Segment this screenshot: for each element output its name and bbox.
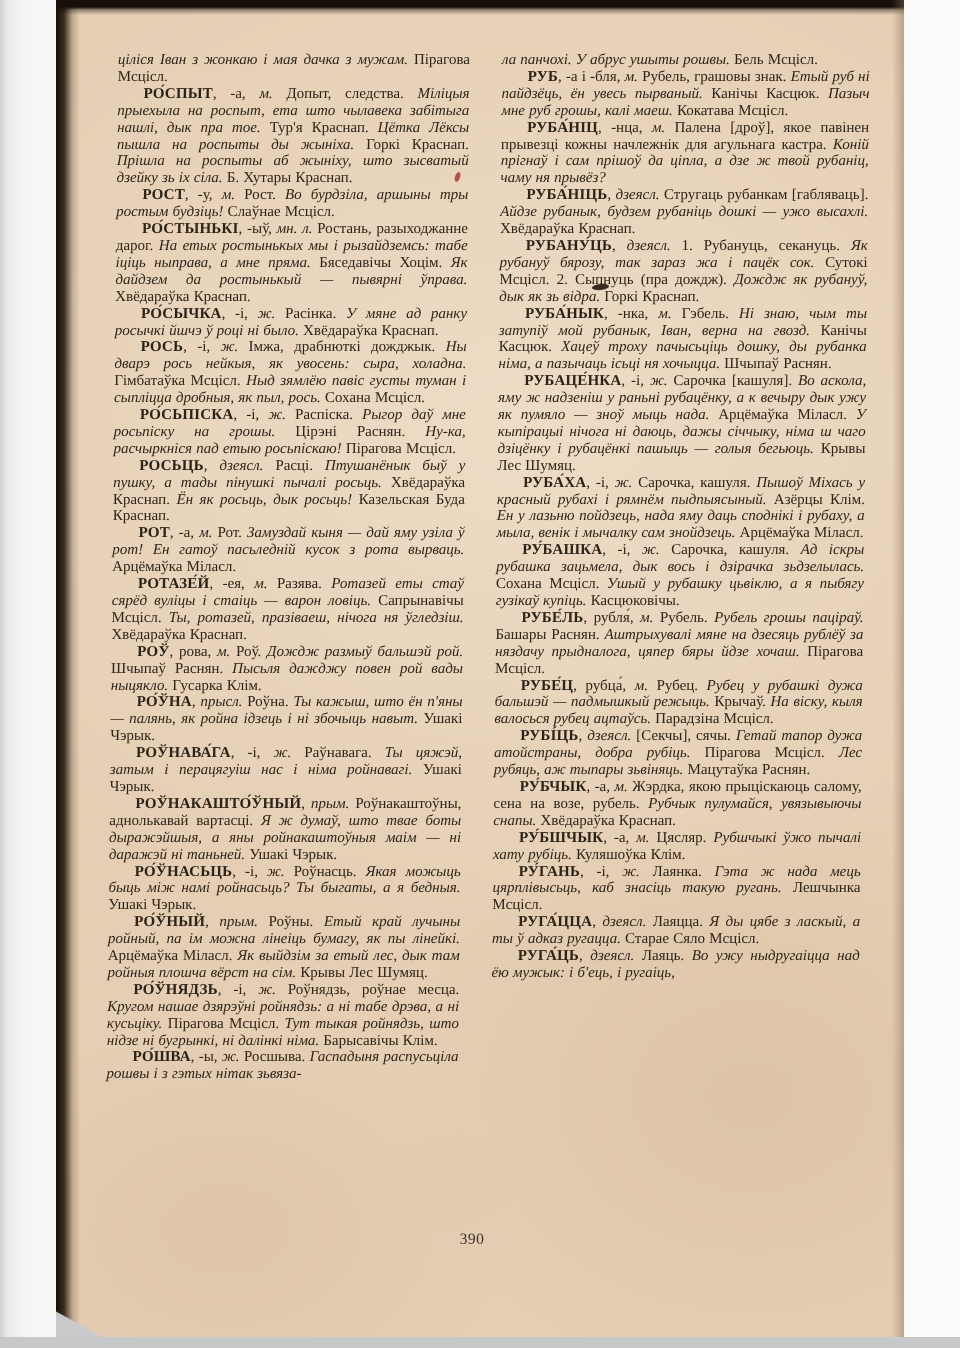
definition-text: , -і,: [222, 306, 258, 322]
dictionary-entry: ціліся Іван з жонкаю і мая дачка з мужам…: [118, 52, 470, 86]
definition-text: Рубель, грашовы знак.: [638, 69, 791, 85]
grammar-label: дзеясл.: [627, 238, 671, 254]
example-text: Айдзе рубанык, будзем рубаніць дошкі — у…: [500, 204, 868, 220]
headword: РУБЕ́ЛЬ: [521, 610, 583, 626]
dictionary-entry: РОСТ, -у, м. Рост. Во бурдзіла, аршыны т…: [116, 187, 468, 221]
definition-text: , -і,: [602, 542, 642, 558]
scanned-book-page: ціліся Іван з жонкаю і мая дачка з мужам…: [56, 0, 904, 1337]
definition-text: ,: [592, 914, 602, 930]
definition-text: Хвёдараўка Краснап.: [115, 289, 251, 305]
definition-text: Б. Хутары Краснап.: [227, 170, 353, 186]
definition-text: Барысавічы Клім.: [323, 1033, 437, 1049]
grammar-label: ж.: [268, 407, 286, 423]
definition-text: , -і,: [218, 982, 259, 998]
definition-text: Расінка.: [275, 306, 346, 322]
dictionary-entry: РУБАНУ́ЦЬ, дзеясл. 1. Рубануць, секануць…: [499, 238, 868, 306]
dictionary-entry: РО́ЎНАСЬЦЬ, -і, ж. Роўнасць. Якая можыць…: [108, 864, 461, 915]
definition-text: , -і,: [233, 407, 268, 423]
dictionary-entry: РУ́ГАНЬ, -і, ж. Лаянка. Гэта ж нада мець…: [492, 864, 861, 915]
definition-text: , -ыў,: [238, 221, 276, 237]
grammar-label: ж.: [615, 475, 633, 491]
dictionary-entry: РО́ЎНЫЙ, прым. Роўны. Етый край лучыны р…: [107, 914, 460, 982]
definition-text: Рот.: [212, 525, 247, 541]
dictionary-entry: РУБЕ́Ц, рубца́, м. Рубец. Рубец у рубашк…: [494, 678, 863, 729]
dictionary-entry: РО́СПЫТ, -а, м. Допыт, следства. Міліцыя…: [116, 86, 469, 187]
definition-text: , -нка,: [604, 306, 658, 322]
definition-text: , -нца,: [598, 120, 652, 136]
definition-text: , -ы,: [191, 1049, 222, 1065]
definition-text: , -а,: [213, 86, 260, 102]
definition-text: , -і,: [183, 339, 221, 355]
headword: РУБАЦЕ́НКА: [524, 373, 621, 389]
example-text: Дождж размыў бальшэй рой.: [267, 644, 463, 660]
grammar-label: м.: [636, 830, 650, 846]
definition-text: , -у,: [185, 187, 222, 203]
dictionary-entry: РУБА́НЫК, -нка, м. Гэбель. Ні знаю, чым …: [498, 306, 867, 374]
headword: РУБА́ХА: [523, 475, 586, 491]
example-text: Ён як росьць, дык росьць!: [176, 492, 358, 508]
definition-text: , -а,: [586, 779, 614, 795]
definition-text: Горкі Краснап.: [604, 289, 699, 305]
dictionary-entry: РУБ, -а і -бля, м. Рубель, грашовы знак.…: [501, 69, 870, 120]
example-text: ла панчохі. У абрус ушыты рошвы.: [502, 52, 734, 68]
scanner-background-right: [904, 0, 960, 1348]
definition-text: , -а,: [170, 525, 199, 541]
definition-text: ,: [578, 728, 587, 744]
headword: РОСТ: [142, 187, 185, 203]
dictionary-entry: РОЎ, рова, м. Роў. Дождж размыў бальшэй …: [111, 644, 464, 695]
definition-text: Роўна.: [242, 694, 293, 710]
scanner-background-bottom: [0, 1337, 960, 1348]
dictionary-entry: РОСЬ, -і, ж. Імжа, драбнюткі дожджык. Ны…: [114, 339, 467, 407]
definition-text: Бель Мсцісл.: [734, 52, 818, 68]
definition-text: , -а,: [603, 830, 636, 846]
headword: РУБАНУ́ЦЬ: [526, 238, 612, 254]
definition-text: Арцёмаўка Міласл.: [718, 407, 856, 423]
definition-text: Роўнядзь, роўнае месца.: [276, 982, 460, 998]
definition-text: Куляшоўка Клім.: [576, 847, 686, 863]
headword: РО́СЫЧКА: [141, 306, 222, 322]
grammar-label: м.: [199, 525, 213, 541]
headword: РУБІ́ЦЬ: [520, 728, 579, 744]
definition-text: ,: [612, 238, 627, 254]
dictionary-entry: РОСЬЦЬ, дзеясл. Расці. Птушанёнык быў у …: [113, 458, 466, 526]
definition-text: ,: [205, 914, 220, 930]
definition-text: Башары Раснян.: [495, 627, 604, 643]
grammar-label: ж.: [622, 864, 640, 880]
definition-text: Допыт, следства.: [273, 86, 418, 102]
grammar-label: м.: [625, 69, 639, 85]
definition-text: Азёрцы Клім.: [774, 492, 865, 508]
dictionary-entry: РУБІ́ЦЬ, дзеясл. [Секчы], сячы. Гетай та…: [494, 728, 863, 779]
definition-text: Пірагова Мсцісл.: [168, 1016, 285, 1032]
grammar-label: прым.: [311, 796, 350, 812]
definition-text: Арцёмаўка Міласл.: [108, 948, 238, 964]
dictionary-entry: РО́ШВА, -ы, ж. Росшыва. Гаспадыня распус…: [106, 1049, 458, 1083]
grammar-label: ж.: [267, 864, 285, 880]
dictionary-entry: РО́СЫЧКА, -і, ж. Расінка. У мяне ад ранк…: [115, 306, 467, 340]
definition-text: Сохана Мсцісл.: [496, 576, 607, 592]
grammar-label: м.: [222, 187, 236, 203]
definition-text: Мацутаўка Раснян.: [687, 762, 810, 778]
right-column: ла панчохі. У абрус ушыты рошвы. Бель Мс…: [490, 52, 870, 1083]
grammar-label: мн. л.: [277, 221, 313, 237]
dictionary-entry: РОЎНАВА́ГА, -і, ж. Раўнавага. Ты цяжэй, …: [110, 745, 463, 796]
headword: РУ́БШЧЫК: [519, 830, 603, 846]
headword: РУБА́НЫК: [525, 306, 604, 322]
headword: РОТ: [138, 525, 170, 541]
definition-text: Парадзіна Мсцісл.: [655, 711, 774, 727]
definition-text: Роўнасць.: [285, 864, 366, 880]
headword: РУГА́ЦЦА: [518, 914, 592, 930]
headword: РОЎ: [137, 644, 170, 660]
definition-text: Роўны.: [258, 914, 324, 930]
dictionary-entry: РУ́БАШКА, -і, ж. Сарочка, кашуля. Ад іск…: [496, 542, 865, 610]
headword: РОСЬЦЬ: [139, 458, 204, 474]
dictionary-entry: РУ́БЧЫК, -а, м. Жэрдка, якою прыціскаюць…: [493, 779, 862, 830]
definition-text: , -і,: [621, 373, 650, 389]
headword: РО́ЎНЫЙ: [134, 914, 205, 930]
headword: РО́СПЫТ: [143, 86, 213, 102]
grammar-label: ж.: [258, 982, 276, 998]
definition-text: Тур'я Краснап.: [270, 120, 378, 136]
definition-text: Сарочка, кашуля.: [660, 542, 801, 558]
headword: РУГА́ЦЬ: [518, 948, 580, 964]
grammar-label: ж.: [642, 542, 660, 558]
grammar-label: м.: [614, 779, 628, 795]
grammar-label: ж.: [273, 745, 291, 761]
headword: РУ́БАШКА: [522, 542, 602, 558]
definition-text: Хвёдараўка Краснап.: [500, 221, 636, 237]
definition-text: Раўнавага.: [291, 745, 385, 761]
definition-text: Шчыпаў Раснян.: [724, 356, 832, 372]
dictionary-entry: ла панчохі. У абрус ушыты рошвы. Бель Мс…: [502, 52, 870, 69]
definition-text: , -і,: [580, 864, 622, 880]
dictionary-entry: РУГА́ЦЬ, дзеясл. Лаяць. Во ужу ныдругаіц…: [491, 948, 859, 982]
definition-text: 1. Рубануць, секануць.: [671, 238, 851, 254]
headword: РО́ЎНЯДЗЬ: [133, 982, 218, 998]
headword: РО́СЬПІСКА: [140, 407, 234, 423]
headword: РОЎНАВА́ГА: [136, 745, 231, 761]
definition-text: Шчыпаў Раснян.: [111, 661, 232, 677]
definition-text: Арцёмаўка Міласл.: [739, 525, 863, 541]
grammar-label: м.: [658, 306, 672, 322]
definition-text: Лаяцца.: [646, 914, 709, 930]
two-column-text: ціліся Іван з жонкаю і мая дачка з мужам…: [106, 52, 870, 1083]
definition-text: Слаўнае Мсцісл.: [228, 204, 335, 220]
definition-text: Пірагова Мсцісл.: [346, 441, 456, 457]
definition-text: ,: [192, 694, 201, 710]
dictionary-entry: РО́ЎНА, прысл. Роўна. Ты кажыш, што ён п…: [110, 694, 463, 745]
headword: РОСЬ: [141, 339, 184, 355]
grammar-label: дзеясл.: [219, 458, 263, 474]
definition-text: Роў.: [230, 644, 267, 660]
definition-text: Хвёдараўка Краснап.: [111, 627, 247, 643]
example-text: Ты, ротазей, празіваеш, нічога ня ўгледз…: [169, 610, 464, 626]
grammar-label: прысл.: [200, 694, 242, 710]
definition-text: Стругаць рубанкам [габляваць].: [659, 187, 868, 203]
grammar-label: дзеясл.: [587, 728, 631, 744]
headword: РО́СТЫНЬКІ: [142, 221, 239, 237]
definition-text: Гэбель.: [672, 306, 739, 322]
definition-text: ,: [204, 458, 220, 474]
definition-text: Крывы Лес Шумяц.: [300, 965, 428, 981]
definition-text: Хвёдараўка Краснап.: [540, 813, 676, 829]
definition-text: , -і,: [586, 475, 614, 491]
headword: РУ́ГАНЬ: [519, 864, 581, 880]
dictionary-entry: РОТАЗЕ́Й, -ея, м. Разява. Ротазей еты ст…: [111, 576, 464, 644]
definition-text: Росшыва.: [240, 1049, 310, 1065]
page-content: ціліся Іван з жонкаю і мая дачка з мужам…: [106, 52, 870, 1083]
definition-text: Сарочка, кашуля.: [632, 475, 756, 491]
headword: РОЎНАКАШТО́ЎНЫЙ: [135, 796, 301, 812]
definition-text: Ушакі Чэрык.: [249, 847, 337, 863]
grammar-label: м.: [652, 120, 666, 136]
definition-text: Пірагова Мсцісл.: [704, 745, 838, 761]
headword: РУБЕ́Ц: [521, 678, 574, 694]
dictionary-entry: РУ́БШЧЫК, -а, м. Цясляр. Рубшчыкі ўжо пы…: [493, 830, 861, 864]
definition-text: Разява.: [267, 576, 331, 592]
dictionary-entry: РУБЕ́ЛЬ, рубля́, м. Рубель. Рубель грошы…: [495, 610, 864, 678]
definition-text: Сарочка [кашуля].: [668, 373, 799, 389]
definition-text: Рубец.: [648, 678, 707, 694]
grammar-label: дзеясл.: [590, 948, 634, 964]
definition-text: Гімбатаўка Мсцісл.: [114, 373, 246, 389]
definition-text: , рубля́,: [583, 610, 640, 626]
page-right-edge-shadow: [892, 0, 904, 1337]
headword: РУБА́НІЦ: [527, 120, 598, 136]
grammar-label: дзеясл.: [602, 914, 646, 930]
grammar-label: м.: [254, 576, 268, 592]
definition-text: Кокатава Мсцісл.: [677, 103, 788, 119]
grammar-label: м.: [217, 644, 231, 660]
headword: РУ́БЧЫК: [520, 779, 587, 795]
definition-text: Горкі Краснап.: [366, 137, 469, 153]
grammar-label: м.: [259, 86, 273, 102]
definition-text: , рубца́,: [573, 678, 635, 694]
dictionary-entry: РО́СЬПІСКА, -і, ж. Распіска. Рыгор даў м…: [113, 407, 466, 458]
dictionary-entry: РОЎНАКАШТО́ЎНЫЙ, прым. Роўнакаштоўны, ад…: [109, 796, 462, 864]
definition-text: Ушакі Чэрык.: [108, 897, 196, 913]
headword: РО́ШВА: [133, 1049, 191, 1065]
headword: РО́ЎНАСЬЦЬ: [135, 864, 233, 880]
definition-text: , -і,: [231, 745, 274, 761]
definition-text: Цясляр.: [649, 830, 713, 846]
dictionary-entry: РО́ЎНЯДЗЬ, -і, ж. Роўнядзь, роўнае месца…: [107, 982, 460, 1050]
grammar-label: ж.: [258, 306, 276, 322]
book-gutter-shadow: [56, 0, 80, 1337]
grammar-label: ж.: [650, 373, 668, 389]
grammar-label: дзеясл.: [615, 187, 659, 203]
definition-text: Хвёдараўка Краснап.: [303, 323, 439, 339]
definition-text: Расці.: [263, 458, 325, 474]
definition-text: Старае Сяло Мсцісл.: [625, 931, 759, 947]
definition-text: , -а і -бля,: [558, 69, 625, 85]
left-column: ціліся Іван з жонкаю і мая дачка з мужам…: [106, 52, 470, 1083]
grammar-label: м.: [635, 678, 649, 694]
definition-text: Касцюковічы.: [591, 593, 680, 609]
definition-text: [Секчы], сячы.: [631, 728, 736, 744]
dictionary-entry: РУГА́ЦЦА, дзеясл. Лаяцца. Я ды цябе з ла…: [492, 914, 860, 948]
example-text: ціліся Іван з жонкаю і мая дачка з мужам…: [118, 52, 414, 68]
definition-text: Рубель.: [653, 610, 714, 626]
definition-text: ,: [579, 948, 590, 964]
dictionary-entry: РУБА́ХА, -і, ж. Сарочка, кашуля. Пышоў М…: [496, 475, 865, 543]
definition-text: Рост.: [235, 187, 285, 203]
grammar-label: прым.: [219, 914, 258, 930]
definition-text: Канічы Касцюк.: [711, 86, 828, 102]
grammar-label: м.: [640, 610, 654, 626]
headword: РУБ: [528, 69, 559, 85]
definition-text: Лаяць.: [634, 948, 692, 964]
definition-text: Цірэні Раснян.: [295, 424, 425, 440]
page-number: 390: [56, 1231, 888, 1249]
scanner-background-left: [0, 0, 56, 1348]
definition-text: Арцёмаўка Міласл.: [112, 559, 236, 575]
page-top-edge: [56, 0, 904, 15]
dictionary-entry: РУБА́НІЦ, -нца, м. Палена [дроў], якое п…: [500, 120, 869, 188]
headword: РО́ЎНА: [137, 694, 192, 710]
dictionary-entry: РОТ, -а, м. Рот. Замуздай кыня — дай яму…: [112, 525, 465, 576]
definition-text: , -і,: [232, 864, 267, 880]
headword: РУБА́НІЦЬ: [526, 187, 607, 203]
definition-text: Імжа, драбнюткі дожджык.: [238, 339, 446, 355]
headword: РОТАЗЕ́Й: [138, 576, 210, 592]
page-corner-cut: [56, 1311, 104, 1337]
dictionary-entry: РУБАЦЕ́НКА, -і, ж. Сарочка [кашуля]. Во …: [497, 373, 866, 474]
definition-text: Распіска.: [286, 407, 362, 423]
definition-text: Лаянка.: [640, 864, 715, 880]
definition-text: , -ея,: [209, 576, 254, 592]
definition-text: Гусарка Клім.: [172, 678, 262, 694]
definition-text: Крычаў.: [714, 694, 770, 710]
grammar-label: ж.: [222, 1049, 240, 1065]
dictionary-entry: РО́СТЫНЬКІ, -ыў, мн. л. Ростань, разыход…: [115, 221, 468, 306]
example-text: Рубель грошы паціраў.: [714, 610, 864, 626]
grammar-label: ж.: [220, 339, 238, 355]
definition-text: , рова,: [169, 644, 217, 660]
dictionary-entry: РУБА́НІЦЬ, дзеясл. Стругаць рубанкам [га…: [500, 187, 869, 238]
definition-text: Сохана Мсцісл.: [325, 390, 425, 406]
definition-text: Бяседавічы Хоцім.: [319, 255, 451, 271]
